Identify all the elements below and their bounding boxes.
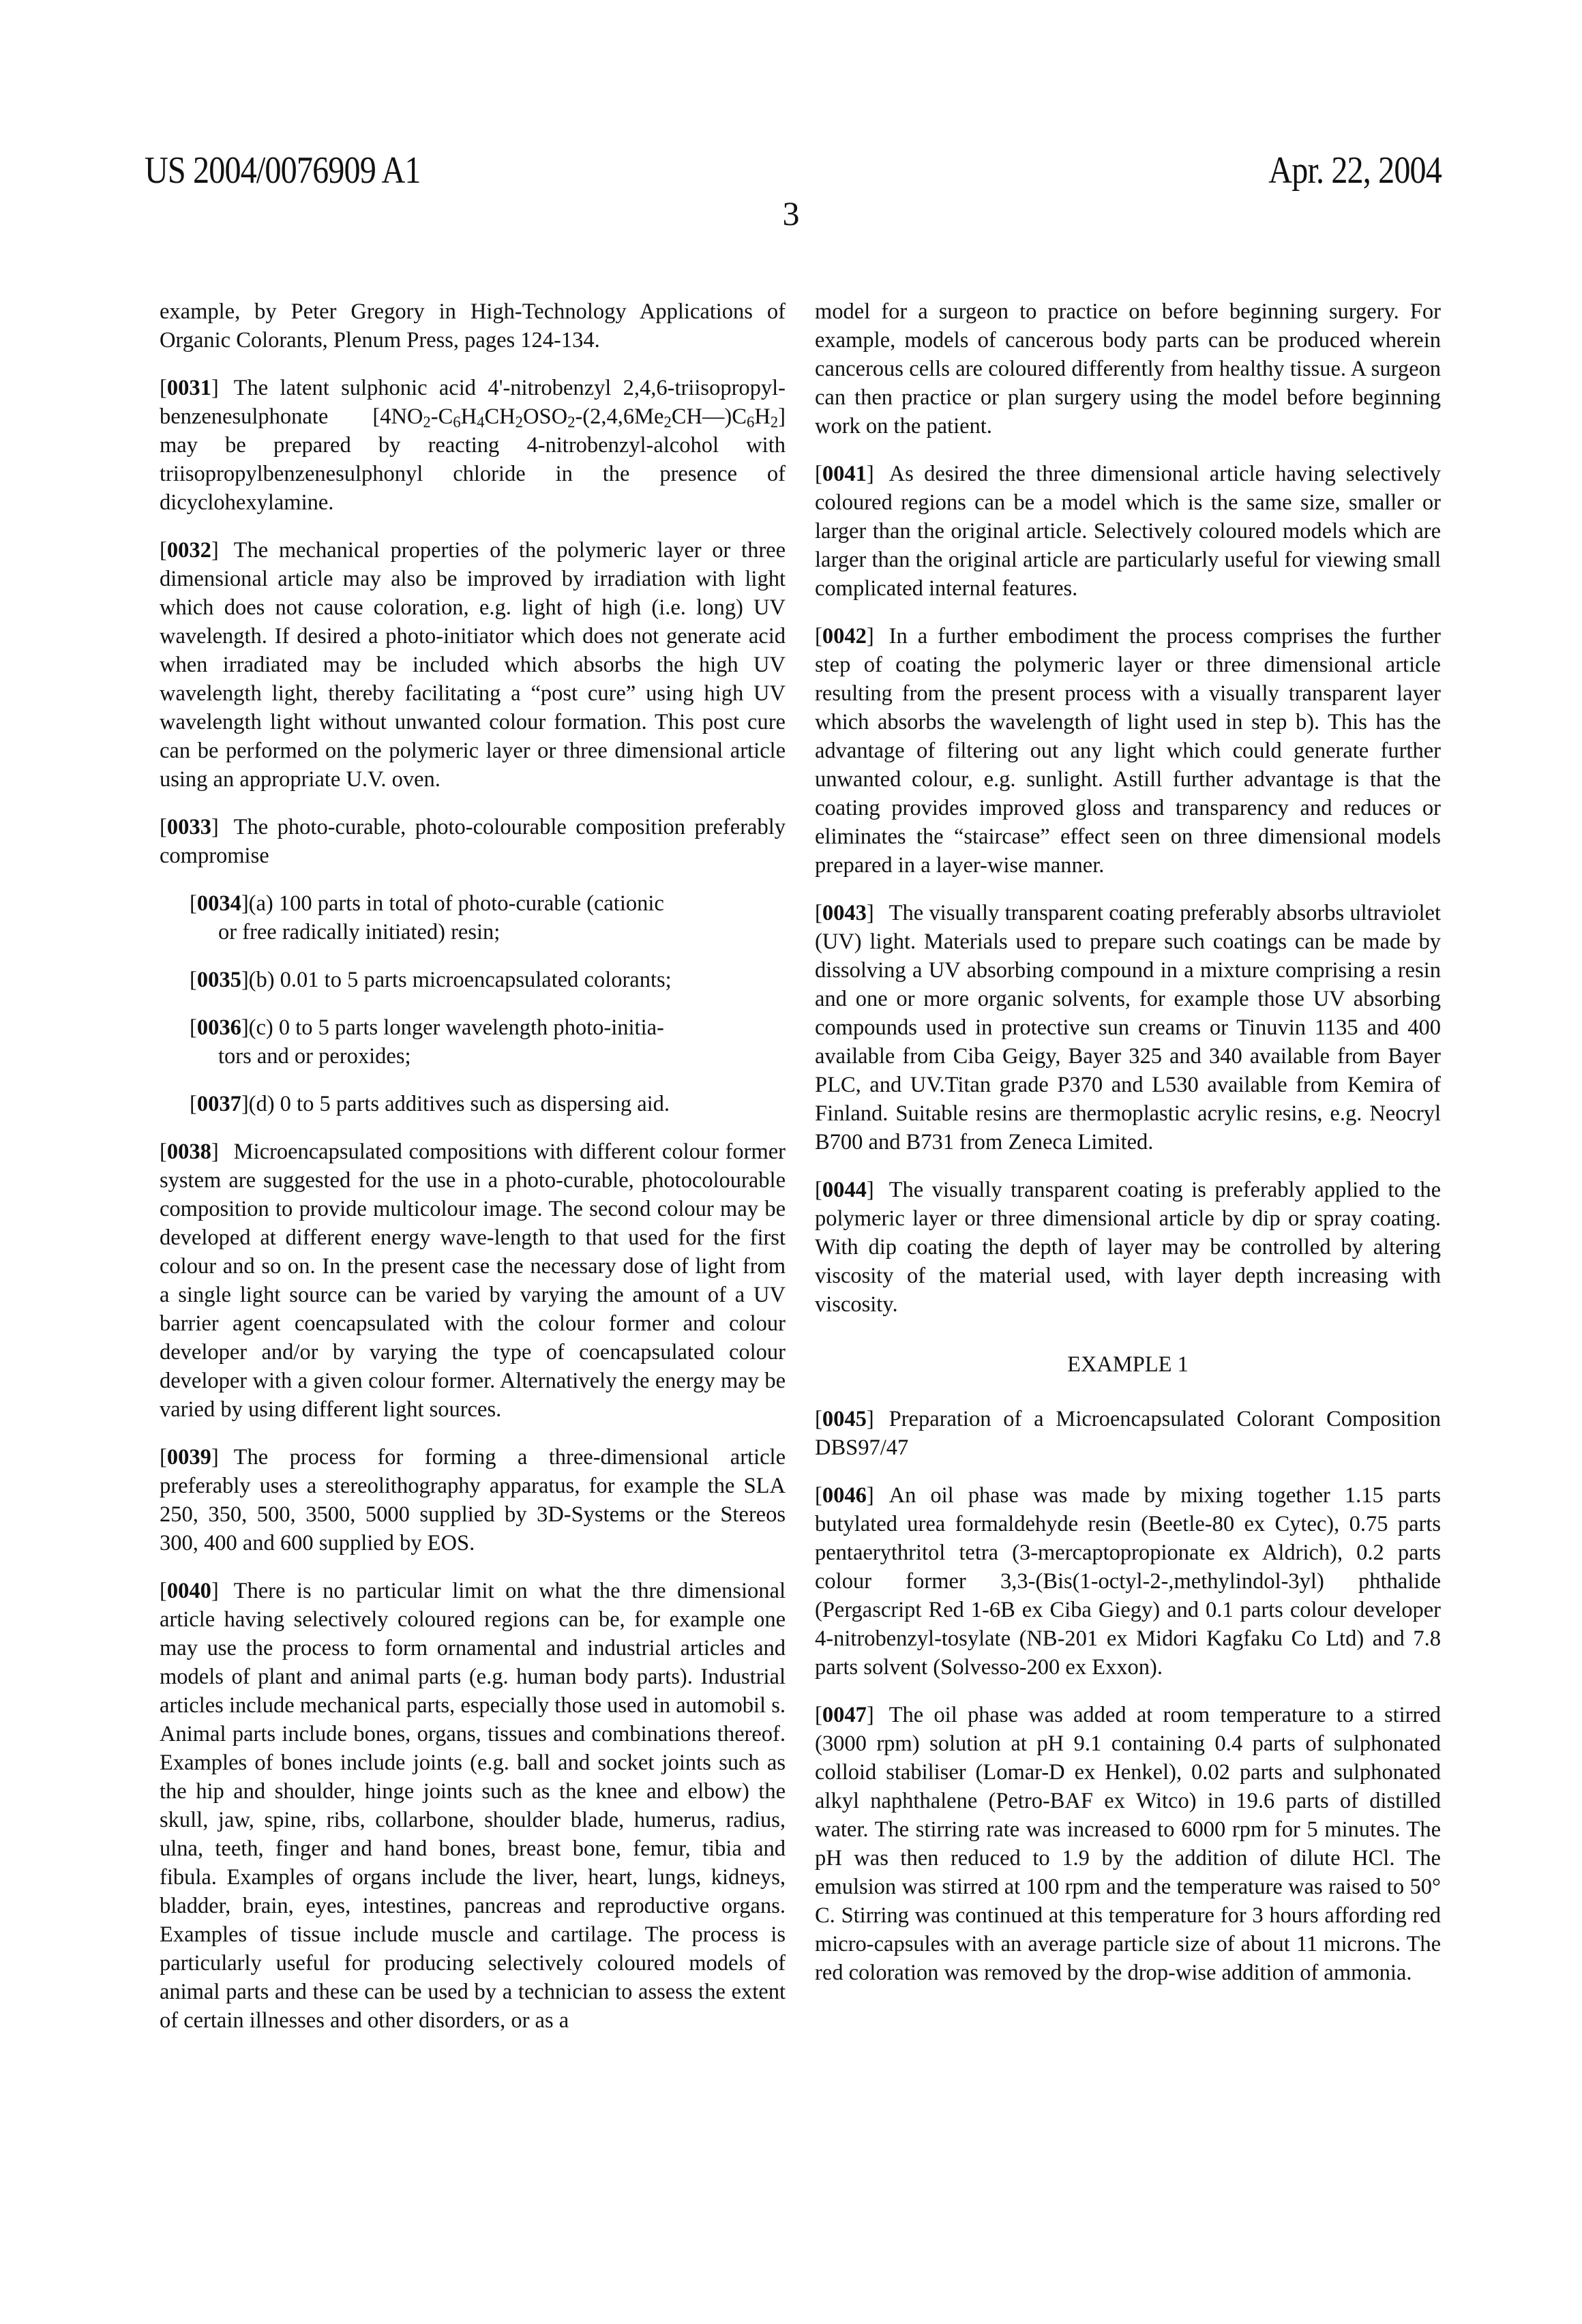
paragraph-number: [0047] <box>815 1703 874 1727</box>
item-text-continued: or free radically initiated) resin; <box>190 918 786 947</box>
paragraph-number: [0031] <box>160 376 219 400</box>
paragraph-number: [0039] <box>160 1445 219 1470</box>
continued-text: model for a surgeon to practice on befor… <box>815 297 1441 441</box>
paragraph-text: The latent sulphonic acid 4'-nitrobenzyl… <box>160 376 786 515</box>
paragraph-0044: [0044]The visually transparent coating i… <box>815 1176 1441 1319</box>
paragraph-number: [0035] <box>190 968 249 992</box>
paragraph-0039: [0039]The process for forming a three-di… <box>160 1443 786 1558</box>
item-text: (c) 0 to 5 parts longer wavelength photo… <box>249 1015 664 1040</box>
paragraph-text: The mechanical properties of the polymer… <box>160 538 786 792</box>
paragraph-0047: [0047]The oil phase was added at room te… <box>815 1701 1441 1987</box>
continued-text: example, by Peter Gregory in High-Techno… <box>160 297 786 355</box>
paragraph-text: In a further embodiment the process comp… <box>815 624 1441 878</box>
item-text-continued: tors and or peroxides; <box>190 1042 786 1071</box>
item-text: (a) 100 parts in total of photo-curable … <box>249 891 664 916</box>
paragraph-number: [0041] <box>815 462 874 486</box>
page-number: 3 <box>0 194 1582 233</box>
paragraph-number: [0046] <box>815 1483 874 1508</box>
paragraph-number: [0038] <box>160 1139 219 1164</box>
paragraph-text: The photo-curable, photo-colourable comp… <box>160 815 786 868</box>
paragraph-0041: [0041]As desired the three dimensional a… <box>815 460 1441 603</box>
paragraph-0033: [0033]The photo-curable, photo-colourabl… <box>160 813 786 870</box>
item-text: (d) 0 to 5 parts additives such as dispe… <box>249 1092 670 1116</box>
paragraph-0042: [0042]In a further embodiment the proces… <box>815 622 1441 880</box>
paragraph-number: [0032] <box>160 538 219 563</box>
right-column: model for a surgeon to practice on befor… <box>815 297 1441 2006</box>
paragraph-text: An oil phase was made by mixing together… <box>815 1483 1441 1680</box>
example-heading: EXAMPLE 1 <box>815 1350 1441 1379</box>
paragraph-text: There is no particular limit on what the… <box>160 1579 786 2033</box>
paragraph-0040: [0040]There is no particular limit on wh… <box>160 1577 786 2035</box>
publication-number: US 2004/0076909 A1 <box>145 149 421 192</box>
publication-date: Apr. 22, 2004 <box>1268 149 1442 192</box>
paragraph-number: [0037] <box>190 1092 249 1116</box>
paragraph-number: [0045] <box>815 1407 874 1431</box>
paragraph-0046: [0046]An oil phase was made by mixing to… <box>815 1481 1441 1682</box>
paragraph-text: As desired the three dimensional article… <box>815 462 1441 601</box>
paragraph-text: Microencapsulated compositions with diff… <box>160 1139 786 1422</box>
list-item-0036: [0036](c) 0 to 5 parts longer wavelength… <box>190 1013 786 1071</box>
paragraph-0043: [0043]The visually transparent coating p… <box>815 899 1441 1157</box>
paragraph-text: The visually transparent coating prefera… <box>815 901 1441 1154</box>
paragraph-text: The process for forming a three-dimensio… <box>160 1445 786 1555</box>
paragraph-number: [0036] <box>190 1015 249 1040</box>
paragraph-number: [0040] <box>160 1579 219 1603</box>
list-item-0037: [0037](d) 0 to 5 parts additives such as… <box>190 1090 786 1118</box>
paragraph-text: The oil phase was added at room temperat… <box>815 1703 1441 1985</box>
paragraph-text: Preparation of a Microencapsulated Color… <box>815 1407 1441 1460</box>
paragraph-0038: [0038]Microencapsulated compositions wit… <box>160 1137 786 1424</box>
list-item-0034: [0034](a) 100 parts in total of photo-cu… <box>190 889 786 947</box>
paragraph-number: [0043] <box>815 901 874 925</box>
paragraph-number: [0034] <box>190 891 249 916</box>
paragraph-number: [0042] <box>815 624 874 649</box>
list-item-0035: [0035](b) 0.01 to 5 parts microencapsula… <box>190 966 786 994</box>
paragraph-number: [0044] <box>815 1178 874 1202</box>
paragraph-number: [0033] <box>160 815 219 839</box>
paragraph-0031: [0031]The latent sulphonic acid 4'-nitro… <box>160 374 786 517</box>
item-text: (b) 0.01 to 5 parts microencapsulated co… <box>249 968 672 992</box>
paragraph-0045: [0045]Preparation of a Microencapsulated… <box>815 1405 1441 1462</box>
paragraph-text: The visually transparent coating is pref… <box>815 1178 1441 1317</box>
paragraph-0032: [0032]The mechanical properties of the p… <box>160 536 786 794</box>
left-column: example, by Peter Gregory in High-Techno… <box>160 297 786 2054</box>
